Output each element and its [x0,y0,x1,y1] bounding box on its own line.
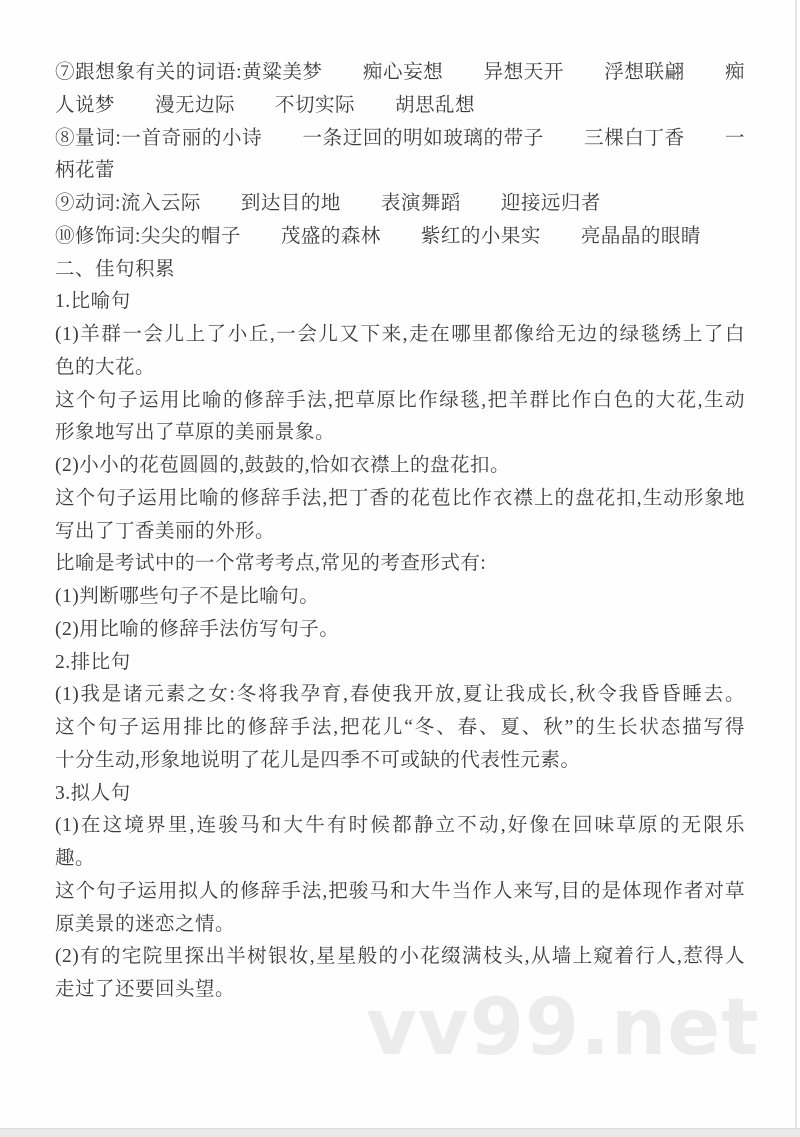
text-line: 这个句子运用比喻的修辞手法,把丁香的花苞比作衣襟上的盘花扣,生动形象地 [55,483,745,516]
text-line: 色的大花。 [55,352,745,385]
list-line-verbs: ⑨动词:流入云际 到达目的地 表演舞蹈 迎接远归者 [55,188,745,221]
subheading-parallelism: 2.排比句 [55,647,745,680]
subheading-simile: 1.比喻句 [55,286,745,319]
list-line-imagination-words-cont: 人说梦 漫无边际 不切实际 胡思乱想 [55,90,745,123]
watermark: vv99.net [366,983,760,1073]
list-line-measure-words-cont: 柄花蕾 [55,155,745,188]
text-line: 这个句子运用排比的修辞手法,把花儿“冬、春、夏、秋”的生长状态描写得 [55,712,745,745]
text-line: 十分生动,形象地说明了花儿是四季不可或缺的代表性元素。 [55,745,745,778]
text-content: ⑦跟想象有关的词语:黄粱美梦 痴心妄想 异想天开 浮想联翩 痴 人说梦 漫无边际… [55,57,745,1007]
list-line-modifiers: ⑩修饰词:尖尖的帽子 茂盛的森林 紫红的小果实 亮晶晶的眼睛 [55,221,745,254]
text-line: 这个句子运用拟人的修辞手法,把骏马和大牛当作人来写,目的是体现作者对草 [55,876,745,909]
text-line: (1)羊群一会儿上了小丘,一会儿又下来,走在哪里都像给无边的绿毯绣上了白 [55,319,745,352]
text-line: (1)在这境界里,连骏马和大牛有时候都静立不动,好像在回味草原的无限乐 [55,810,745,843]
text-line: 比喻是考试中的一个常考考点,常见的考查形式有: [55,548,745,581]
text-line: (1)判断哪些句子不是比喻句。 [55,581,745,614]
text-line: 这个句子运用比喻的修辞手法,把草原比作绿毯,把羊群比作白色的大花,生动 [55,385,745,418]
page-edge-line [795,0,797,1137]
text-line: 写出了丁香美丽的外形。 [55,516,745,549]
text-line: (2)有的宅院里探出半树银妆,星星般的小花缀满枝头,从墙上窥着行人,惹得人 [55,941,745,974]
scanned-notes-page: ⑦跟想象有关的词语:黄粱美梦 痴心妄想 异想天开 浮想联翩 痴 人说梦 漫无边际… [0,0,800,1137]
text-line: (2)小小的花苞圆圆的,鼓鼓的,恰如衣襟上的盘花扣。 [55,450,745,483]
text-line: 原美景的迷恋之情。 [55,909,745,942]
text-line: (1)我是诸元素之女:冬将我孕育,春使我开放,夏让我成长,秋令我昏昏睡去。 [55,679,745,712]
list-line-imagination-words: ⑦跟想象有关的词语:黄粱美梦 痴心妄想 异想天开 浮想联翩 痴 [55,57,745,90]
text-line: 形象地写出了草原的美丽景象。 [55,417,745,450]
list-line-measure-words: ⑧量词:一首奇丽的小诗 一条迂回的明如玻璃的带子 三棵白丁香 一 [55,123,745,156]
subheading-personification: 3.拟人句 [55,778,745,811]
next-page-edge [0,1128,800,1137]
text-line: 趣。 [55,843,745,876]
text-line: (2)用比喻的修辞手法仿写句子。 [55,614,745,647]
section-heading-sentence-accumulation: 二、佳句积累 [55,254,745,287]
